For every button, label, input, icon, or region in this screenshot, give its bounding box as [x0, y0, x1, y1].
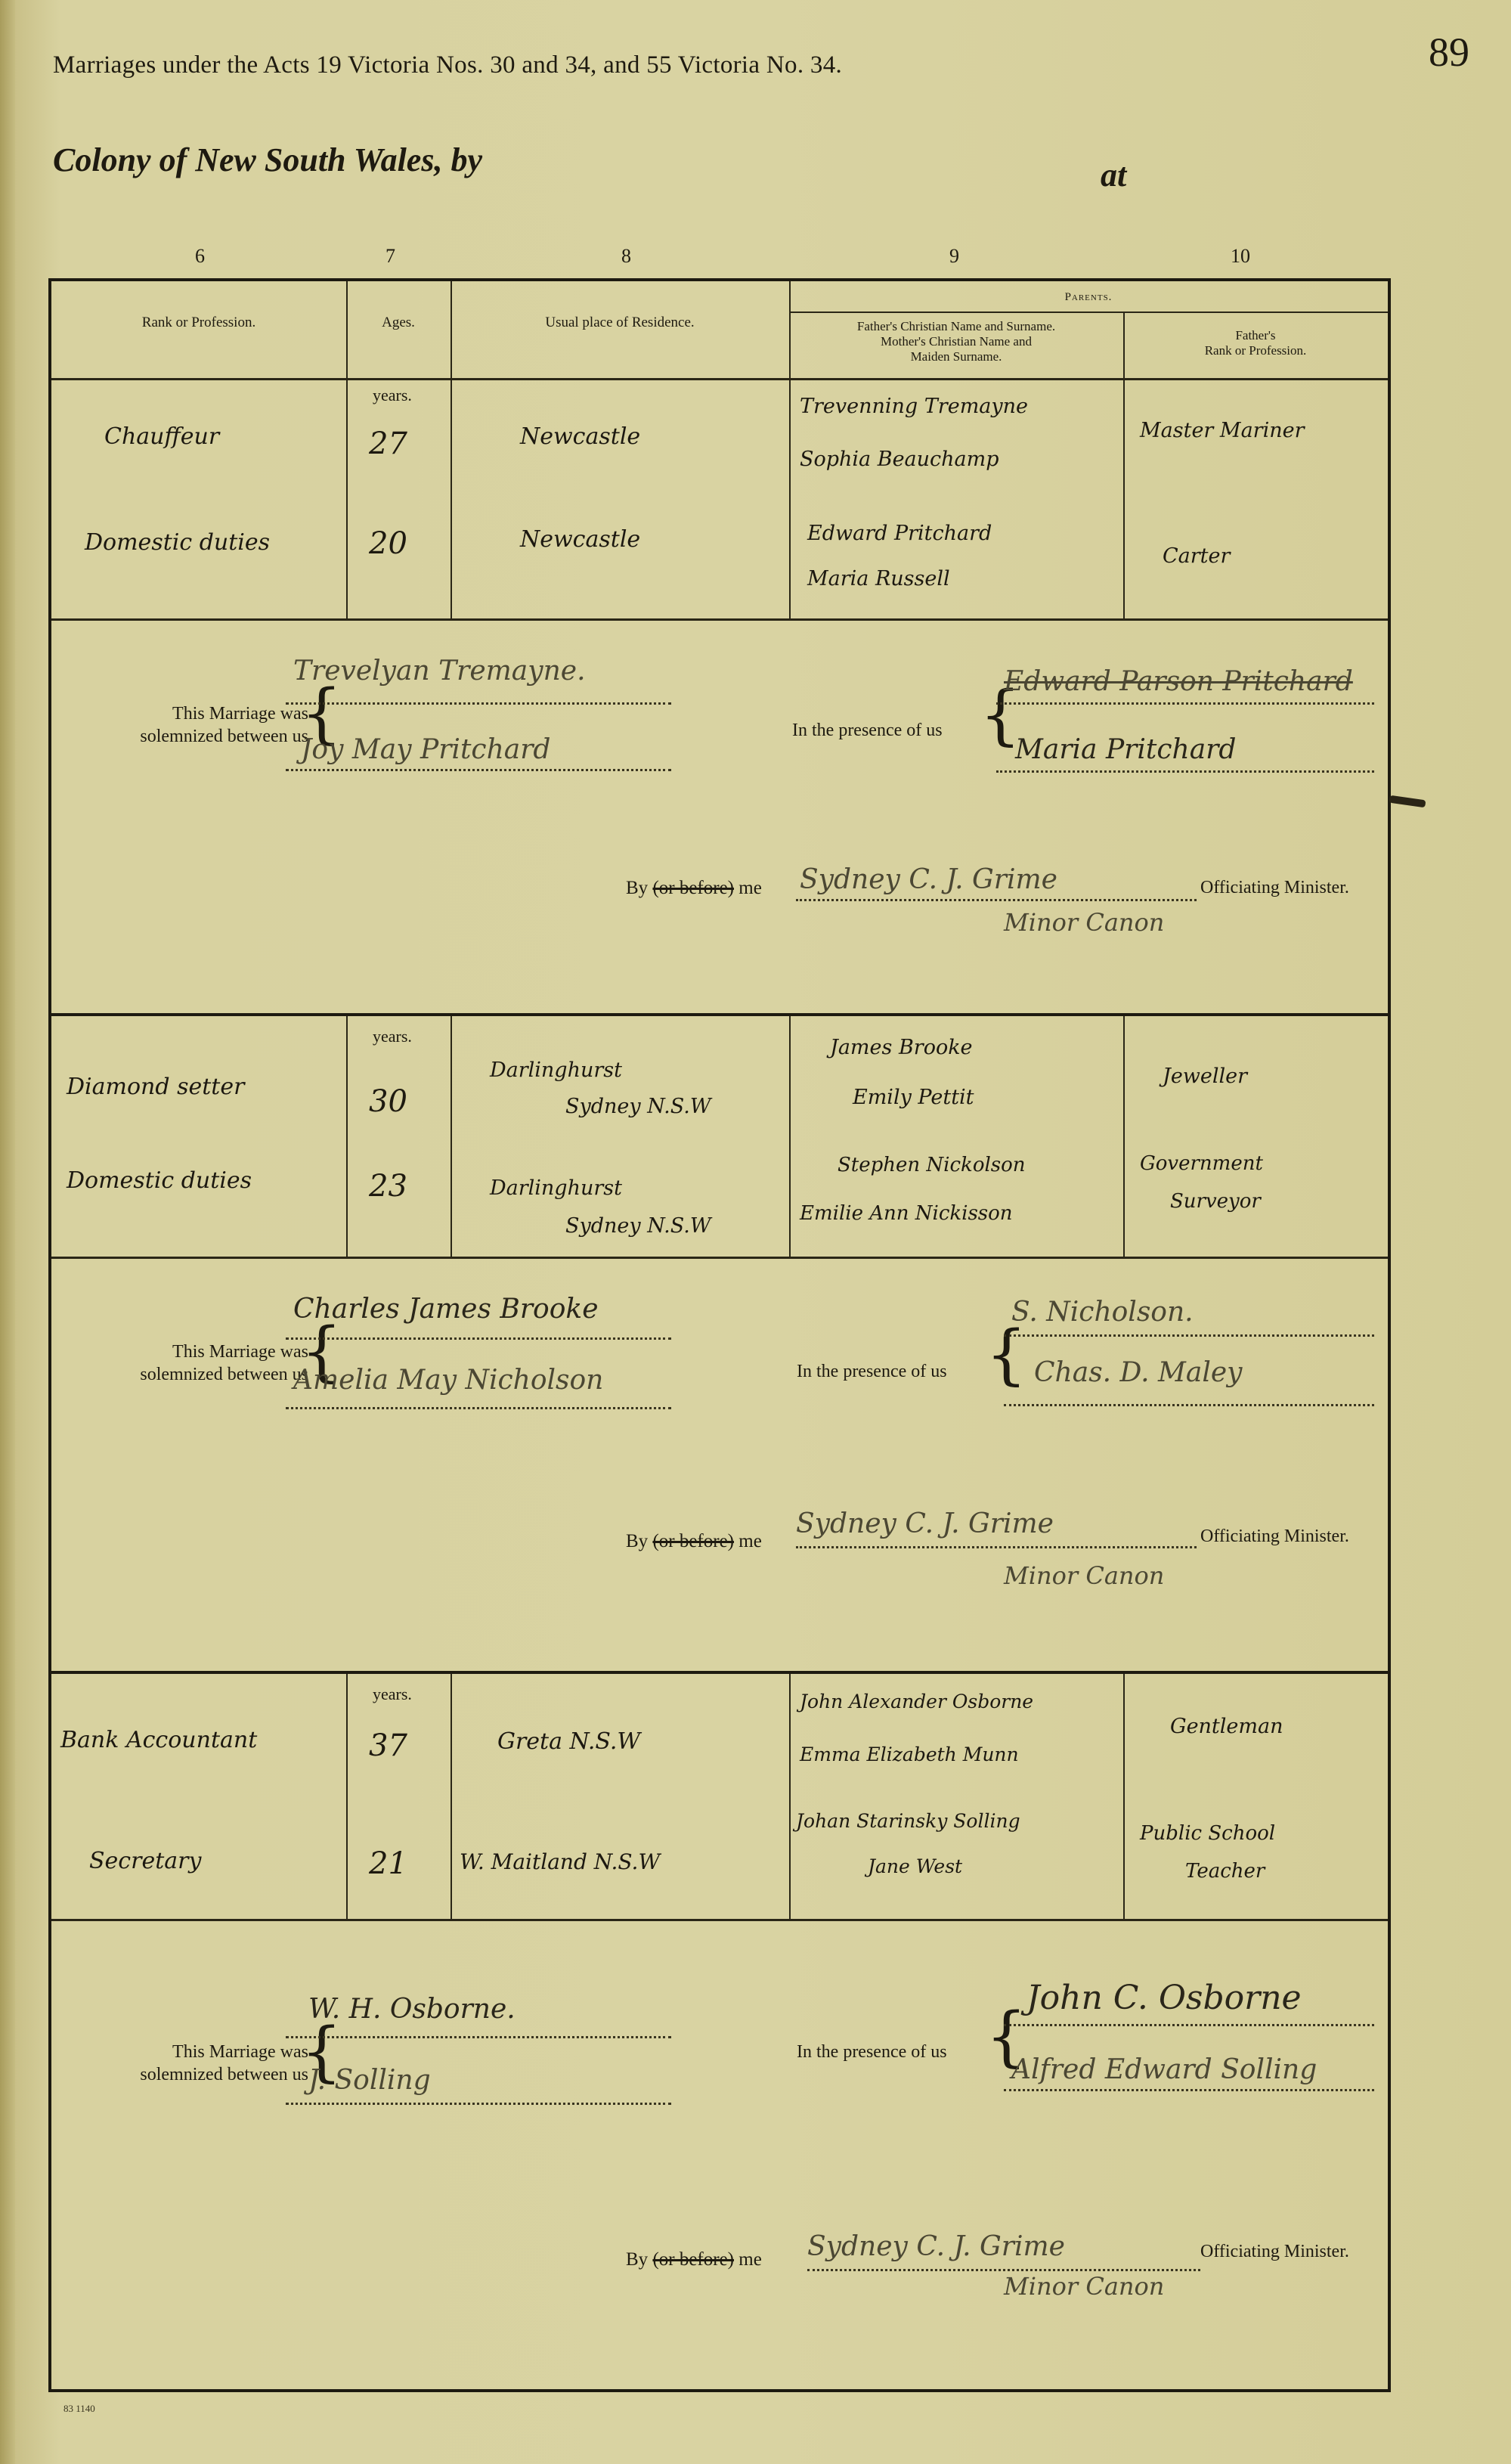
bride-mother: Jane West — [868, 1855, 962, 1877]
bride-father-profession-line1: Government — [1140, 1152, 1263, 1175]
years-label: years. — [373, 386, 412, 405]
groom-age: 30 — [369, 1084, 407, 1119]
groom-profession: Chauffeur — [104, 423, 219, 450]
minister-signature: Sydney C. J. Grime — [796, 1508, 1054, 1539]
column-divider — [789, 1674, 791, 1919]
witness-1-signature: John C. Osborne — [1026, 1979, 1302, 2017]
entry-3-solemnization: This Marriage was solemnized between us … — [51, 1921, 1388, 2390]
signature-line — [996, 702, 1374, 705]
bride-signature: Amelia May Nicholson — [293, 1365, 603, 1396]
table-header: Rank or Profession. Ages. Usual place of… — [51, 281, 1388, 380]
years-label: years. — [373, 1685, 412, 1704]
bride-profession: Domestic duties — [85, 529, 270, 556]
bride-profession: Domestic duties — [67, 1167, 252, 1194]
groom-signature: Charles James Brooke — [293, 1294, 599, 1325]
page-header-title: Marriages under the Acts 19 Victoria Nos… — [53, 51, 842, 79]
column-number-6: 6 — [195, 245, 205, 268]
column-divider — [451, 378, 452, 618]
header-ages: Ages. — [346, 315, 451, 331]
bride-mother: Emilie Ann Nickisson — [800, 1202, 1013, 1225]
header-parents-names: Father's Christian Name and Surname. Mot… — [789, 319, 1123, 364]
signature-line — [1004, 2089, 1374, 2091]
groom-residence-line2: Sydney N.S.W — [565, 1095, 711, 1118]
column-divider — [451, 1016, 452, 1257]
groom-profession: Diamond setter — [67, 1074, 244, 1100]
header-father-rank: Father's Rank or Profession. — [1123, 328, 1388, 358]
minister-title: Minor Canon — [1004, 2272, 1164, 2301]
groom-mother: Emma Elizabeth Munn — [800, 1743, 1019, 1765]
groom-mother: Emily Pettit — [853, 1086, 974, 1109]
signature-line — [807, 2269, 1200, 2271]
minister-signature: Sydney C. J. Grime — [800, 864, 1057, 895]
bride-residence: W. Maitland N.S.W — [460, 1849, 660, 1874]
signature-line — [996, 770, 1374, 773]
presence-label: In the presence of us — [797, 2042, 947, 2063]
signature-line — [286, 1407, 671, 1409]
bride-father-profession-line1: Public School — [1140, 1822, 1275, 1845]
groom-father: James Brooke — [830, 1036, 973, 1059]
bride-father-profession-line2: Teacher — [1185, 1860, 1265, 1883]
marriage-solemnized-label: This Marriage was solemnized between us — [59, 1340, 308, 1386]
presence-label: In the presence of us — [792, 721, 943, 741]
column-divider — [1123, 378, 1125, 618]
colony-line: Colony of New South Wales, by — [53, 141, 482, 179]
groom-father: Trevenning Tremayne — [800, 395, 1028, 418]
signature-line — [286, 1337, 671, 1340]
form-code: 83 1140 — [63, 2403, 95, 2415]
column-number-10: 10 — [1231, 245, 1250, 268]
bride-father-profession: Carter — [1163, 544, 1230, 568]
column-divider — [1123, 1016, 1125, 1257]
bride-father: Johan Starinsky Solling — [796, 1810, 1020, 1832]
bride-signature: Joy May Pritchard — [301, 734, 550, 765]
presence-label: In the presence of us — [797, 1362, 947, 1382]
signature-line — [286, 769, 671, 771]
brace: { — [986, 1322, 1027, 1387]
bride-father: Stephen Nickolson — [838, 1154, 1026, 1176]
bride-residence-line2: Sydney N.S.W — [565, 1214, 711, 1238]
at-label: at — [1101, 156, 1126, 194]
bride-profession: Secretary — [89, 1848, 201, 1874]
witness-2-signature: Alfred Edward Solling — [1011, 2054, 1317, 2085]
bride-residence: Newcastle — [520, 526, 640, 553]
column-divider — [346, 1674, 348, 1919]
bride-father-profession-line2: Surveyor — [1170, 1190, 1261, 1213]
entry-2-solemnization: This Marriage was solemnized between us … — [51, 1259, 1388, 1675]
entry-1-details: years. Chauffeur 27 Newcastle Trevenning… — [51, 378, 1388, 618]
signature-line — [796, 1546, 1197, 1548]
book-gutter — [0, 0, 17, 2464]
bride-mother: Maria Russell — [807, 567, 950, 590]
witness-1-signature: S. Nicholson. — [1011, 1297, 1194, 1328]
groom-father: John Alexander Osborne — [800, 1691, 1033, 1712]
marriage-solemnized-label: This Marriage was solemnized between us — [59, 2041, 308, 2086]
signature-line — [796, 899, 1197, 901]
groom-signature: Trevelyan Tremayne. — [293, 656, 586, 687]
page-number: 89 — [1429, 29, 1469, 76]
years-label: years. — [373, 1027, 412, 1046]
signature-line — [286, 702, 671, 705]
groom-age: 37 — [369, 1728, 407, 1763]
witness-2-signature: Chas. D. Maley — [1034, 1357, 1243, 1388]
column-divider — [789, 1016, 791, 1257]
column-divider — [1123, 1674, 1125, 1919]
bride-residence-line1: Darlinghurst — [490, 1176, 622, 1200]
groom-residence: Greta N.S.W — [497, 1728, 640, 1755]
groom-residence-line1: Darlinghurst — [490, 1058, 622, 1082]
entry-1-solemnization: This Marriage was solemnized between us … — [51, 621, 1388, 1014]
by-me-label: By (or before) me — [626, 2249, 762, 2270]
witness-1-signature: Edward Parson Pritchard — [1004, 666, 1353, 697]
marriage-solemnized-label: This Marriage was solemnized between us — [59, 702, 308, 748]
groom-father-profession: Master Mariner — [1140, 419, 1304, 442]
column-divider — [789, 378, 791, 618]
by-me-label: By (or before) me — [626, 878, 762, 899]
groom-signature: W. H. Osborne. — [308, 1994, 516, 2025]
header-parents: Parents. — [789, 289, 1388, 305]
groom-father-profession: Jeweller — [1163, 1065, 1247, 1088]
signature-line — [286, 2103, 671, 2105]
signature-line — [1004, 1404, 1374, 1406]
minister-title: Minor Canon — [1004, 908, 1164, 937]
bride-age: 23 — [369, 1169, 407, 1204]
officiating-minister-label: Officiating Minister. — [1200, 2242, 1349, 2262]
column-number-9: 9 — [949, 245, 959, 268]
signature-line — [1004, 1334, 1374, 1337]
entry-3-details: years. Bank Accountant 37 Greta N.S.W Jo… — [51, 1674, 1388, 1919]
minister-title: Minor Canon — [1004, 1561, 1164, 1590]
groom-mother: Sophia Beauchamp — [800, 448, 999, 471]
signature-line — [286, 2036, 671, 2038]
column-number-7: 7 — [385, 245, 395, 268]
by-me-label: By (or before) me — [626, 1531, 762, 1552]
column-divider — [346, 1016, 348, 1257]
column-divider — [346, 378, 348, 618]
bride-signature: J. Solling — [308, 2065, 431, 2096]
bride-father: Edward Pritchard — [807, 522, 992, 545]
bride-age: 20 — [369, 526, 407, 561]
signature-line — [1004, 2024, 1374, 2026]
officiating-minister-label: Officiating Minister. — [1200, 878, 1349, 898]
bride-age: 21 — [369, 1846, 407, 1881]
header-rank-or-profession: Rank or Profession. — [51, 315, 346, 331]
minister-signature: Sydney C. J. Grime — [807, 2231, 1065, 2262]
parents-divider — [789, 311, 1388, 313]
entry-2-details: years. Diamond setter 30 Darlinghurst Sy… — [51, 1016, 1388, 1257]
header-residence: Usual place of Residence. — [451, 315, 789, 331]
groom-father-profession: Gentleman — [1170, 1715, 1283, 1738]
column-divider — [451, 1674, 452, 1919]
groom-profession: Bank Accountant — [60, 1727, 257, 1753]
groom-age: 27 — [369, 426, 407, 461]
groom-residence: Newcastle — [520, 423, 640, 450]
column-number-8: 8 — [621, 245, 631, 268]
witness-2-signature: Maria Pritchard — [1015, 734, 1236, 765]
officiating-minister-label: Officiating Minister. — [1200, 1526, 1349, 1547]
register-table: Rank or Profession. Ages. Usual place of… — [48, 278, 1391, 2392]
